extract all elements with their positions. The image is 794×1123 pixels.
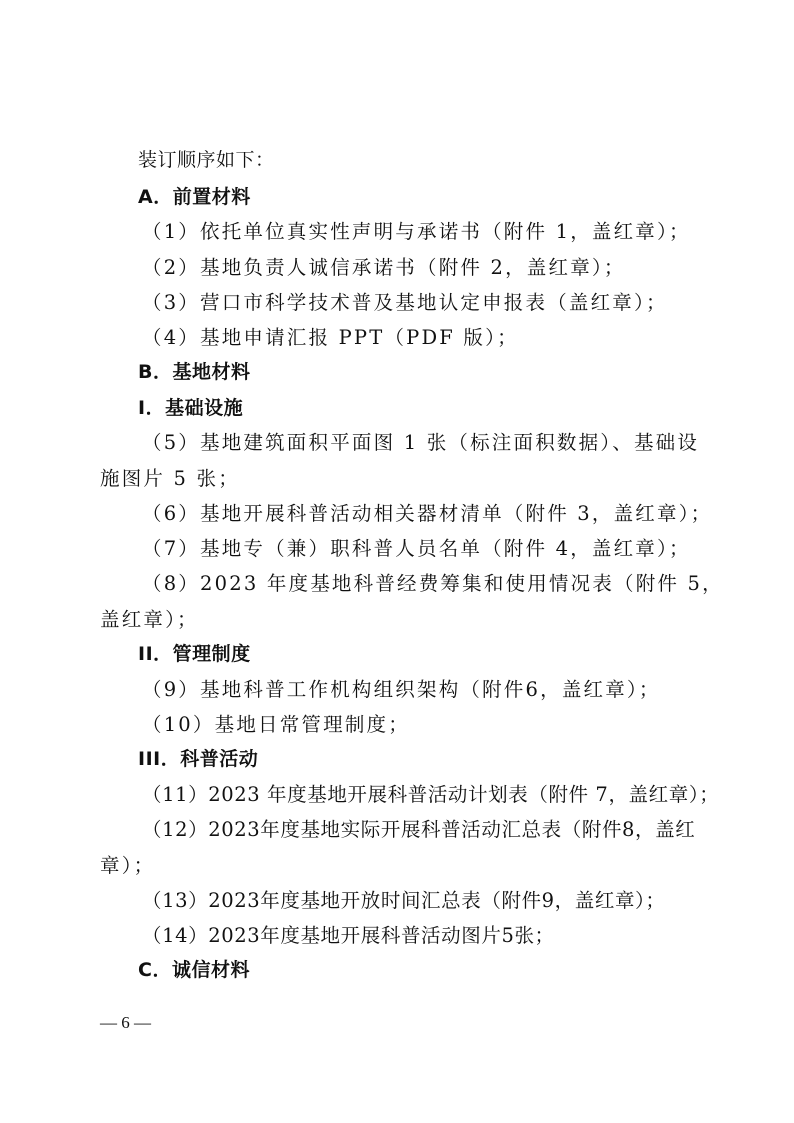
section-a-heading: A．前置材料 bbox=[138, 184, 251, 210]
section-b3-heading: III．科普活动 bbox=[138, 746, 258, 772]
list-item-8: （8）2023 年度基地科普经费筹集和使用情况表（附件 5， bbox=[142, 571, 724, 597]
section-b1-heading: I．基础设施 bbox=[138, 395, 243, 421]
section-b-heading: B．基地材料 bbox=[138, 359, 250, 385]
list-item-7: （7）基地专（兼）职科普人员名单（附件 4，盖红章）； bbox=[142, 536, 691, 562]
list-item-11: （11）2023 年度基地开展科普活动计划表（附件 7，盖红章）； bbox=[142, 782, 719, 808]
list-item-12-cont: 章）； bbox=[100, 853, 155, 879]
list-item-2: （2）基地负责人诚信承诺书（附件 2，盖红章）； bbox=[142, 255, 626, 281]
intro-text: 装订顺序如下： bbox=[138, 147, 275, 173]
section-b2-heading: II．管理制度 bbox=[138, 641, 251, 667]
list-item-1: （1）依托单位真实性声明与承诺书（附件 1，盖红章）； bbox=[142, 219, 691, 245]
list-item-12: （12）2023年度基地实际开展科普活动汇总表（附件8，盖红 bbox=[142, 817, 695, 843]
list-item-8-cont: 盖红章）； bbox=[100, 607, 199, 633]
section-c-heading: C．诚信材料 bbox=[138, 957, 250, 983]
list-item-9: （9）基地科普工作机构组织架构（附件6，盖红章）； bbox=[142, 677, 661, 703]
list-item-6: （6）基地开展科普活动相关器材清单（附件 3，盖红章）； bbox=[142, 501, 712, 527]
list-item-5-cont: 施图片 5 张； bbox=[100, 466, 240, 492]
page-number: — 6 — bbox=[100, 1013, 151, 1033]
list-item-13: （13）2023年度基地开放时间汇总表（附件9，盖红章）； bbox=[142, 888, 666, 914]
list-item-3: （3）营口市科学技术普及基地认定申报表（盖红章）； bbox=[142, 290, 668, 316]
list-item-10: （10）基地日常管理制度； bbox=[142, 712, 410, 738]
list-item-5: （5）基地建筑面积平面图 1 张（标注面积数据）、基础设 bbox=[142, 430, 699, 456]
list-item-4: （4）基地申请汇报 PPT（PDF 版）； bbox=[142, 325, 519, 351]
list-item-14: （14）2023年度基地开展科普活动图片5张； bbox=[142, 923, 555, 949]
